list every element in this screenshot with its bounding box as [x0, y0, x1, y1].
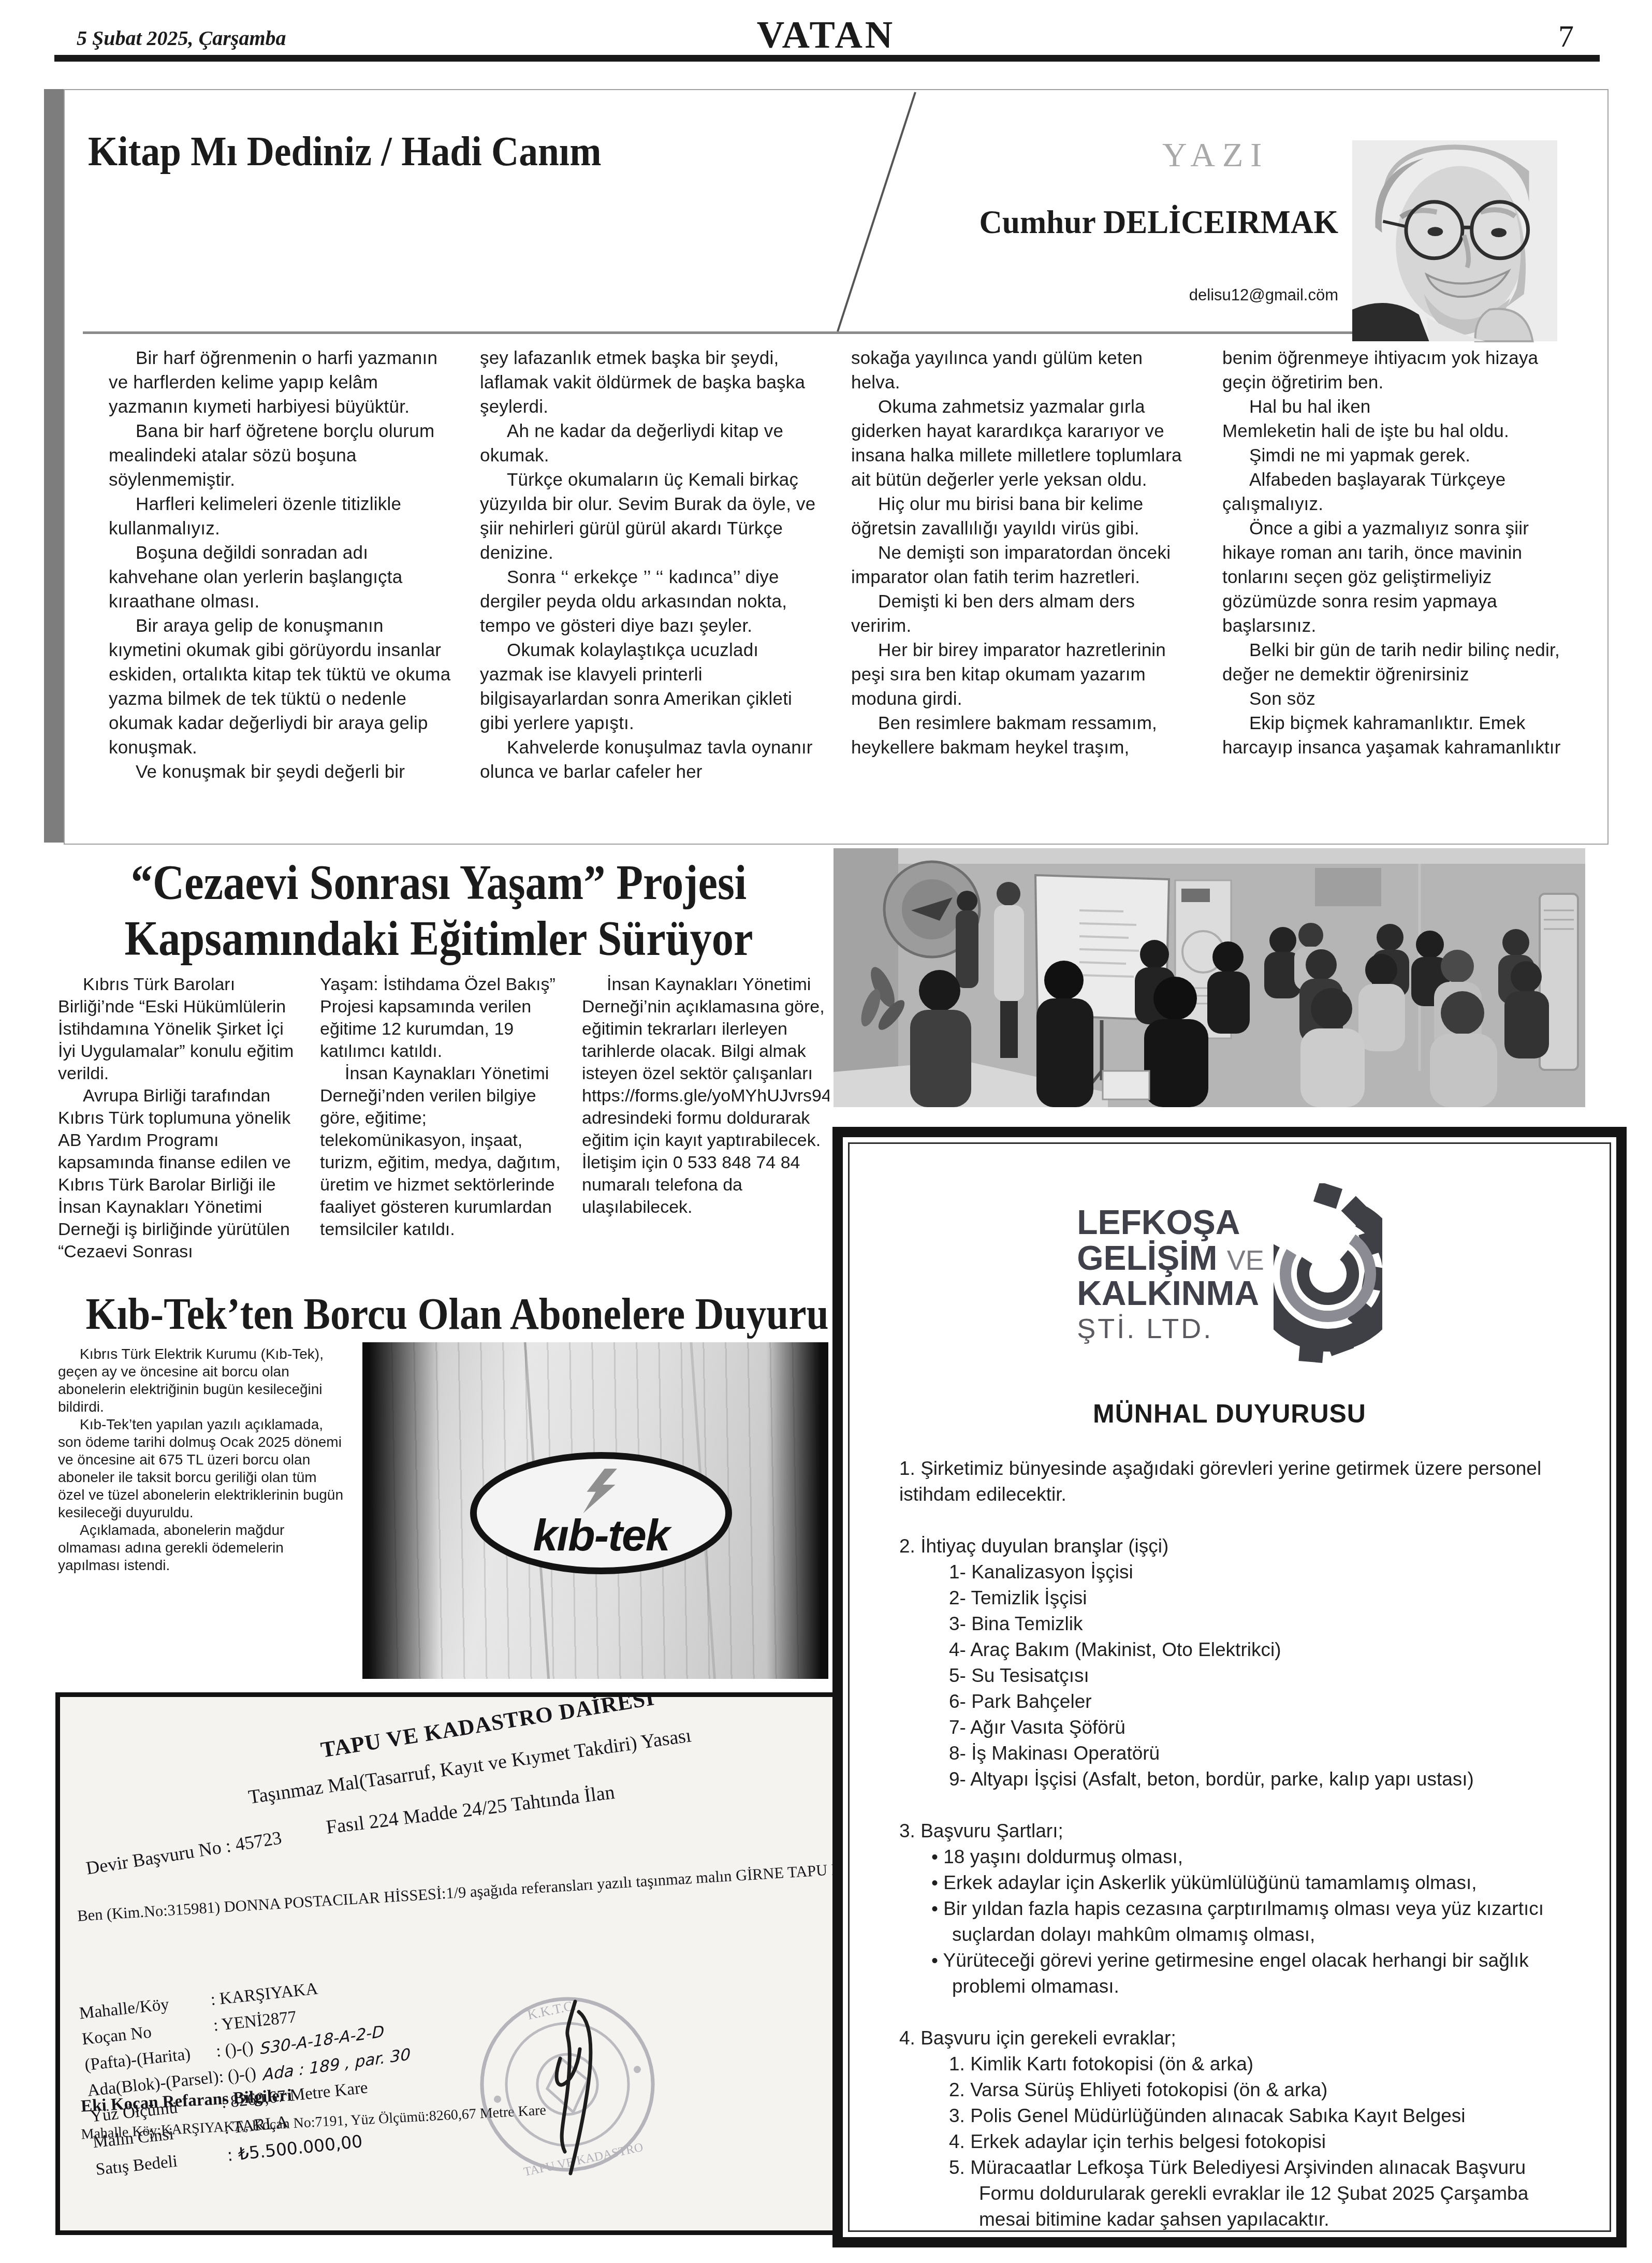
ad-item-4: 4. Başvuru için gerekeli evraklar; [899, 2025, 1565, 2051]
article3-column: Kıbrıs Türk Elektrik Kurumu (Kıb-Tek), g… [58, 1345, 344, 1589]
article1-column-4: benim öğrenmeye ihtiyacım yok hizaya geç… [1222, 346, 1568, 815]
kibtek-logo: kıb-tek [470, 1452, 732, 1574]
gear-icon [1274, 1183, 1382, 1365]
condition-list: 18 yaşını doldurmuş olması, Erkek adayla… [931, 1844, 1565, 1999]
tapu-application-no: Devir Başvuru No : 45723 [84, 1826, 283, 1879]
job-ad-box: LEFKOŞA GELİŞİM VE KALKINMA ŞTİ. LTD. [832, 1127, 1627, 2247]
kibtek-logo-text: kıb-tek [533, 1513, 669, 1558]
ad-body: 1. Şirketimiz bünyesinde aşağıdaki görev… [899, 1456, 1565, 2232]
article1-left-bar [44, 89, 64, 843]
logo-line-4: ŞTİ. LTD. [1077, 1314, 1264, 1343]
newspaper-page: { "page": { "date": "5 Şubat 2025, Çarşa… [0, 0, 1652, 2263]
author-email: delisu12@gmail.cöm [714, 286, 1338, 304]
document-list: 1. Kimlik Kartı fotokopisi (ön & arka) 2… [949, 2051, 1565, 2232]
page-number: 7 [1558, 19, 1574, 54]
article2-column-2: Yaşam: İstihdama Özel Bakış” Projesi kap… [320, 974, 567, 1271]
article1-title: Kitap Mı Dediniz / Hadi Canım [88, 128, 602, 176]
tapu-fields: Mahalle/Köy: KARŞIYAKA Koçan No: YENİ287… [78, 1970, 420, 2185]
ad-item-3: 3. Başvuru Şartları; [899, 1818, 1565, 1844]
article1-column-1: Bir harf öğrenmenin o harfi yazmanın ve … [109, 346, 451, 815]
logo-line-2: GELİŞİM VE [1077, 1240, 1264, 1276]
logo-line-3: KALKINMA [1077, 1275, 1264, 1311]
article3-title: Kıb-Tek’ten Borcu Olan Abonelere Duyuru [86, 1288, 791, 1340]
round-stamp-icon: K.K.T.C. TAPU VE KADASTRO [469, 1981, 666, 2188]
article2-column-1: Kıbrıs Türk Baroları Birliği’nde “Eski H… [58, 974, 302, 1271]
article1-underline [83, 331, 1352, 334]
masthead: VATAN [0, 13, 1652, 57]
svg-text:TAPU VE KADASTRO: TAPU VE KADASTRO [522, 2141, 644, 2179]
article2-title-line2: Kapsamındaki Eğitimler Sürüyor [96, 909, 781, 967]
ad-title: MÜNHAL DUYURUSU [850, 1399, 1610, 1429]
kibtek-bill-photo: kıb-tek [362, 1342, 828, 1679]
tapu-document: TAPU VE KADASTRO DAİRESİ Taşınmaz Mal(Ta… [55, 1692, 837, 2235]
company-logo: LEFKOŞA GELİŞİM VE KALKINMA ŞTİ. LTD. [850, 1183, 1610, 1365]
article1-column-3: sokağa yayılınca yandı gülüm keten helva… [851, 346, 1194, 815]
article1-column-2: şey lafazanlık etmek başka bir şeydi, la… [480, 346, 823, 815]
article2-column-3: İnsan Kaynakları Yönetimi Derneği’nin aç… [582, 974, 829, 1271]
ad-item-2: 2. İhtiyaç duyulan branşlar (işçi) [899, 1533, 1565, 1559]
logo-line-1: LEFKOŞA [1077, 1205, 1264, 1240]
author-photo [1352, 139, 1557, 343]
article2-title-line1: “Cezaevi Sonrası Yaşam” Projesi [96, 853, 781, 911]
tapu-body: Ben (Kim.No:315981) DONNA POSTACILAR HİS… [77, 1861, 817, 1926]
column-author: Cumhur DELİCEIRMAK [739, 203, 1338, 241]
seminar-photo [834, 848, 1585, 1107]
lightning-bolt-icon [583, 1469, 619, 1513]
ad-item-1: 1. Şirketimiz bünyesinde aşağıdaki görev… [899, 1456, 1565, 1507]
branch-list: 1- Kanalizasyon İşçisi 2- Temizlik İşçis… [949, 1559, 1565, 1792]
header-rule [54, 55, 1600, 62]
column-kicker: YAZI [1162, 136, 1269, 175]
